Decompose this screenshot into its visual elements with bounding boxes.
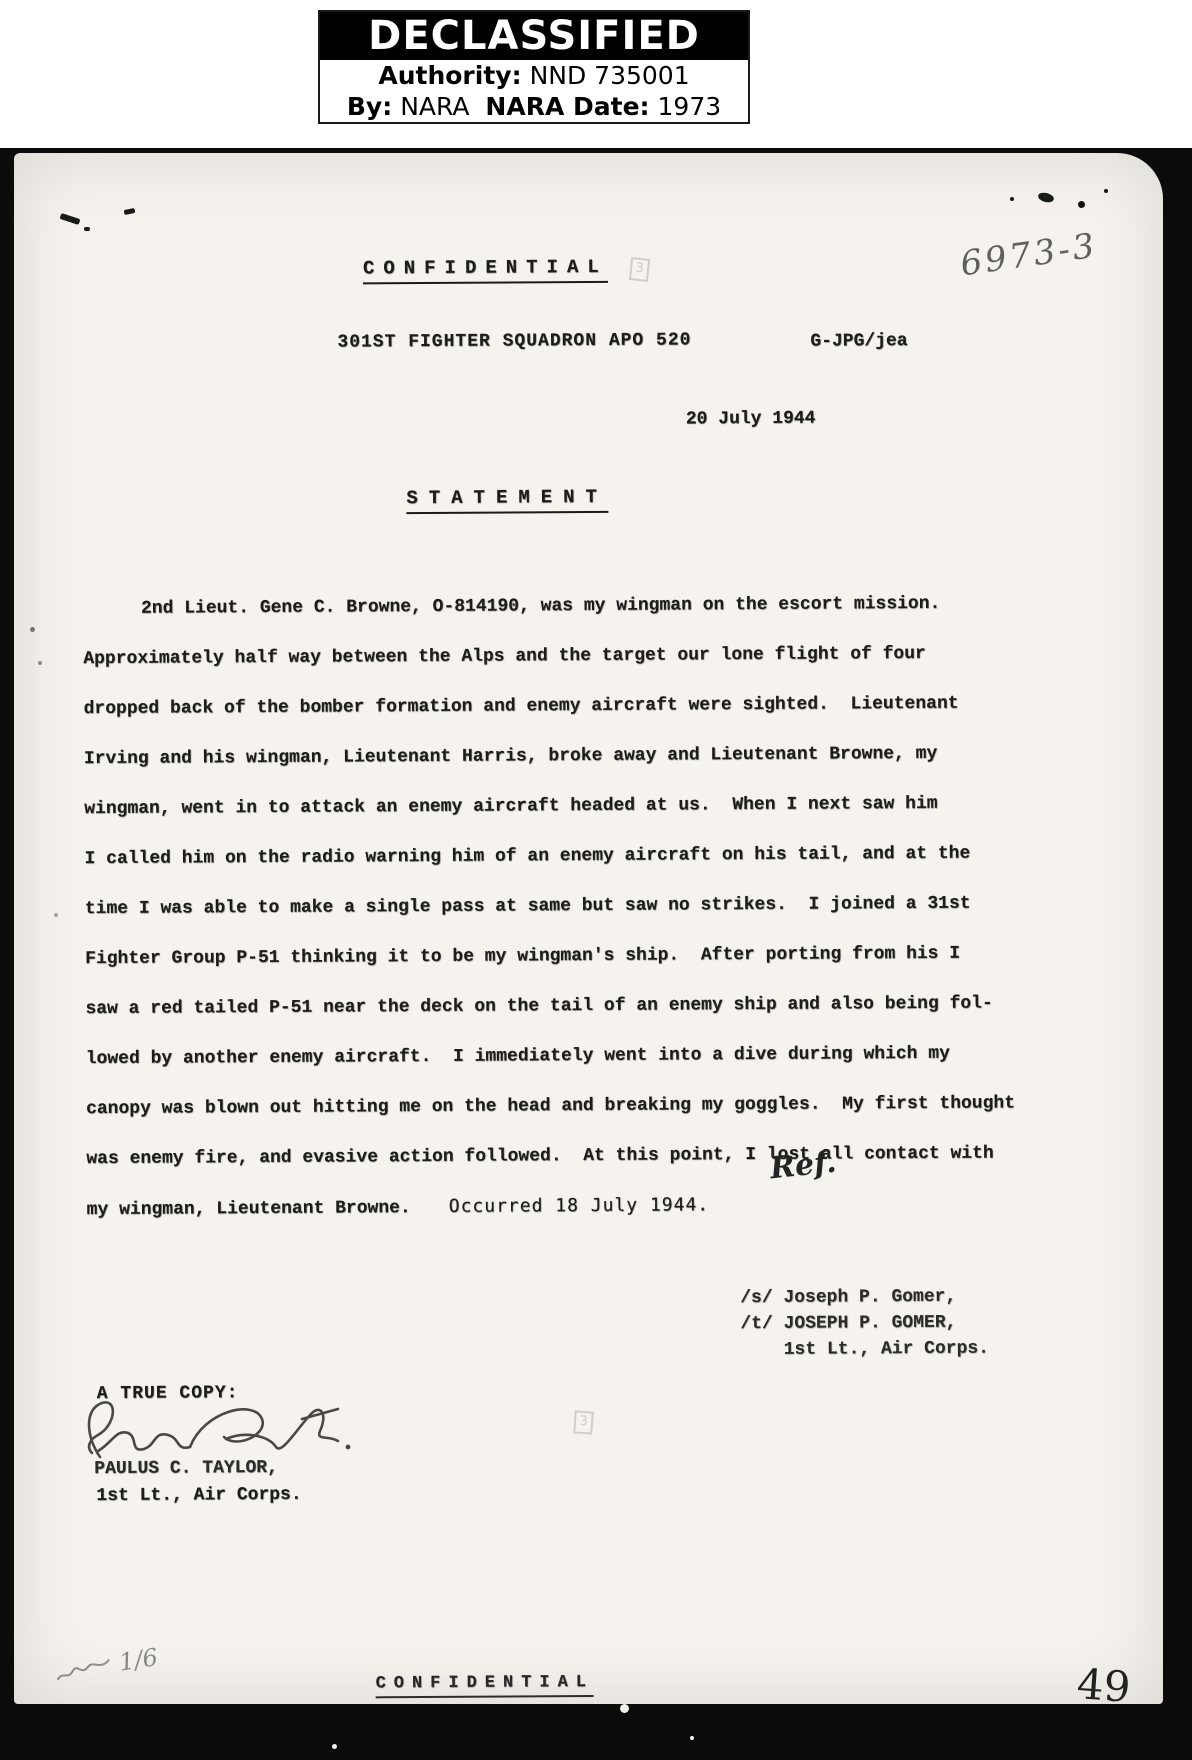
border-speck xyxy=(332,1744,337,1749)
rank-line: 1st Lt., Air Corps. xyxy=(740,1336,989,1364)
certifier-rank: 1st Lt., Air Corps. xyxy=(96,1485,301,1506)
body-line: lowed by another enemy aircraft. I immed… xyxy=(86,1028,1036,1084)
ink-speck xyxy=(1104,189,1108,193)
border-speck xyxy=(620,1704,629,1713)
typewritten-content: CONFIDENTIAL 301ST FIGHTER SQUADRON APO … xyxy=(14,153,1163,1704)
by-line: By:NARA NARA Date:1973 xyxy=(320,91,748,122)
scanned-document-page: DECLASSIFIED Authority:NND 735001 By:NAR… xyxy=(0,0,1192,1760)
ink-speck xyxy=(38,661,42,665)
body-line-last: my wingman, Lieutenant Browne.Occurred 1… xyxy=(86,1178,1036,1235)
body-line: Irving and his wingman, Lieutenant Harri… xyxy=(84,728,1034,784)
body-line: I called him on the radio warning him of… xyxy=(84,828,1034,884)
document-title: STATEMENT xyxy=(406,486,608,514)
scan-artifact: 3 xyxy=(629,257,650,282)
declassified-stamp-text: DECLASSIFIED xyxy=(368,13,700,59)
unit-line: 301ST FIGHTER SQUADRON APO 520 xyxy=(337,330,691,352)
border-speck xyxy=(690,1736,694,1740)
declassified-banner: DECLASSIFIED Authority:NND 735001 By:NAR… xyxy=(318,10,750,124)
signed-line: /s/ Joseph P. Gomer, xyxy=(740,1284,989,1312)
document-date: 20 July 1944 xyxy=(686,409,816,430)
classification-footer: CONFIDENTIAL xyxy=(375,1673,594,1698)
declassified-stamp: DECLASSIFIED xyxy=(320,12,748,60)
body-line: dropped back of the bomber formation and… xyxy=(83,678,1033,734)
occurred-note: Occurred 18 July 1944. xyxy=(449,1194,710,1217)
authority-line: Authority:NND 735001 xyxy=(320,60,748,91)
handwritten-page-number: 49 xyxy=(1075,1659,1132,1704)
typed-line: /t/ JOSEPH P. GOMER, xyxy=(740,1310,989,1338)
body-line: time I was able to make a single pass at… xyxy=(85,878,1035,934)
handwritten-ref-annotation: Ref. xyxy=(768,1145,838,1187)
body-line: saw a red tailed P-51 near the deck on t… xyxy=(85,978,1035,1034)
body-line: Approximately half way between the Alps … xyxy=(83,628,1033,684)
ink-speck xyxy=(54,913,58,917)
ink-smudge xyxy=(84,227,90,231)
by-label: By: xyxy=(347,92,392,121)
scan-artifact: 3 xyxy=(573,1410,594,1434)
body-line: Fighter Group P-51 thinking it to be my … xyxy=(85,928,1035,984)
ink-speck xyxy=(1010,197,1014,201)
body-line: 2nd Lieut. Gene C. Browne, O-814190, was… xyxy=(83,578,1033,634)
nara-date-value: 1973 xyxy=(658,92,722,121)
authority-label: Authority: xyxy=(378,61,521,90)
ink-speck xyxy=(30,627,35,632)
nara-date-label: NARA Date: xyxy=(485,92,649,121)
scribble-fraction: 1/6 xyxy=(117,1643,160,1677)
body-line: was enemy fire, and evasive action follo… xyxy=(86,1128,1036,1184)
office-symbol: G-JPG/jea xyxy=(810,331,907,352)
signature-block: /s/ Joseph P. Gomer, /t/ JOSEPH P. GOMER… xyxy=(740,1284,989,1364)
document-page: CONFIDENTIAL 301ST FIGHTER SQUADRON APO … xyxy=(14,153,1163,1704)
body-line: wingman, went in to attack an enemy airc… xyxy=(84,778,1034,834)
scan-background: CONFIDENTIAL 301ST FIGHTER SQUADRON APO … xyxy=(0,148,1192,1760)
classification-header: CONFIDENTIAL xyxy=(363,256,608,284)
body-line: canopy was blown out hitting me on the h… xyxy=(86,1078,1036,1134)
statement-body: 2nd Lieut. Gene C. Browne, O-814190, was… xyxy=(83,578,1037,1235)
handwritten-signature xyxy=(76,1391,366,1471)
by-value: NARA xyxy=(400,92,469,121)
ink-speck xyxy=(1078,201,1085,208)
body-line: my wingman, Lieutenant Browne. xyxy=(87,1198,411,1220)
authority-value: NND 735001 xyxy=(530,61,690,90)
